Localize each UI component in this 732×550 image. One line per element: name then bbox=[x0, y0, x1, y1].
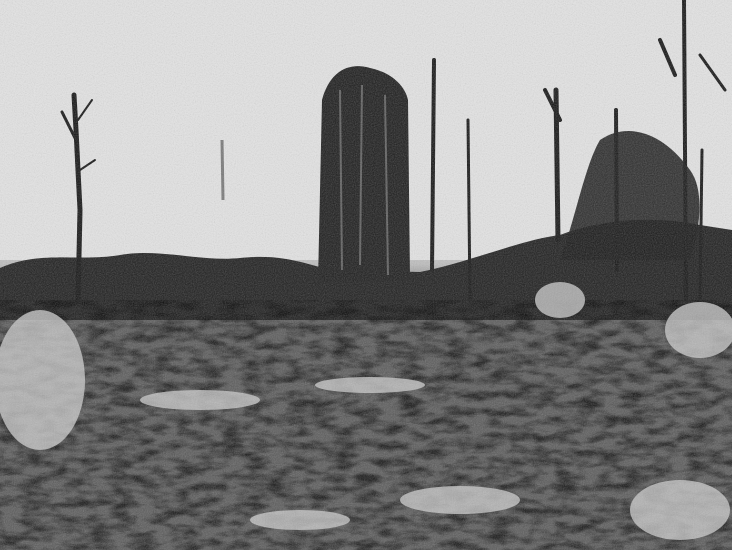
photo-drawing bbox=[0, 0, 732, 550]
landscape-photo: Grainy black-and-white photograph of a d… bbox=[0, 0, 732, 550]
